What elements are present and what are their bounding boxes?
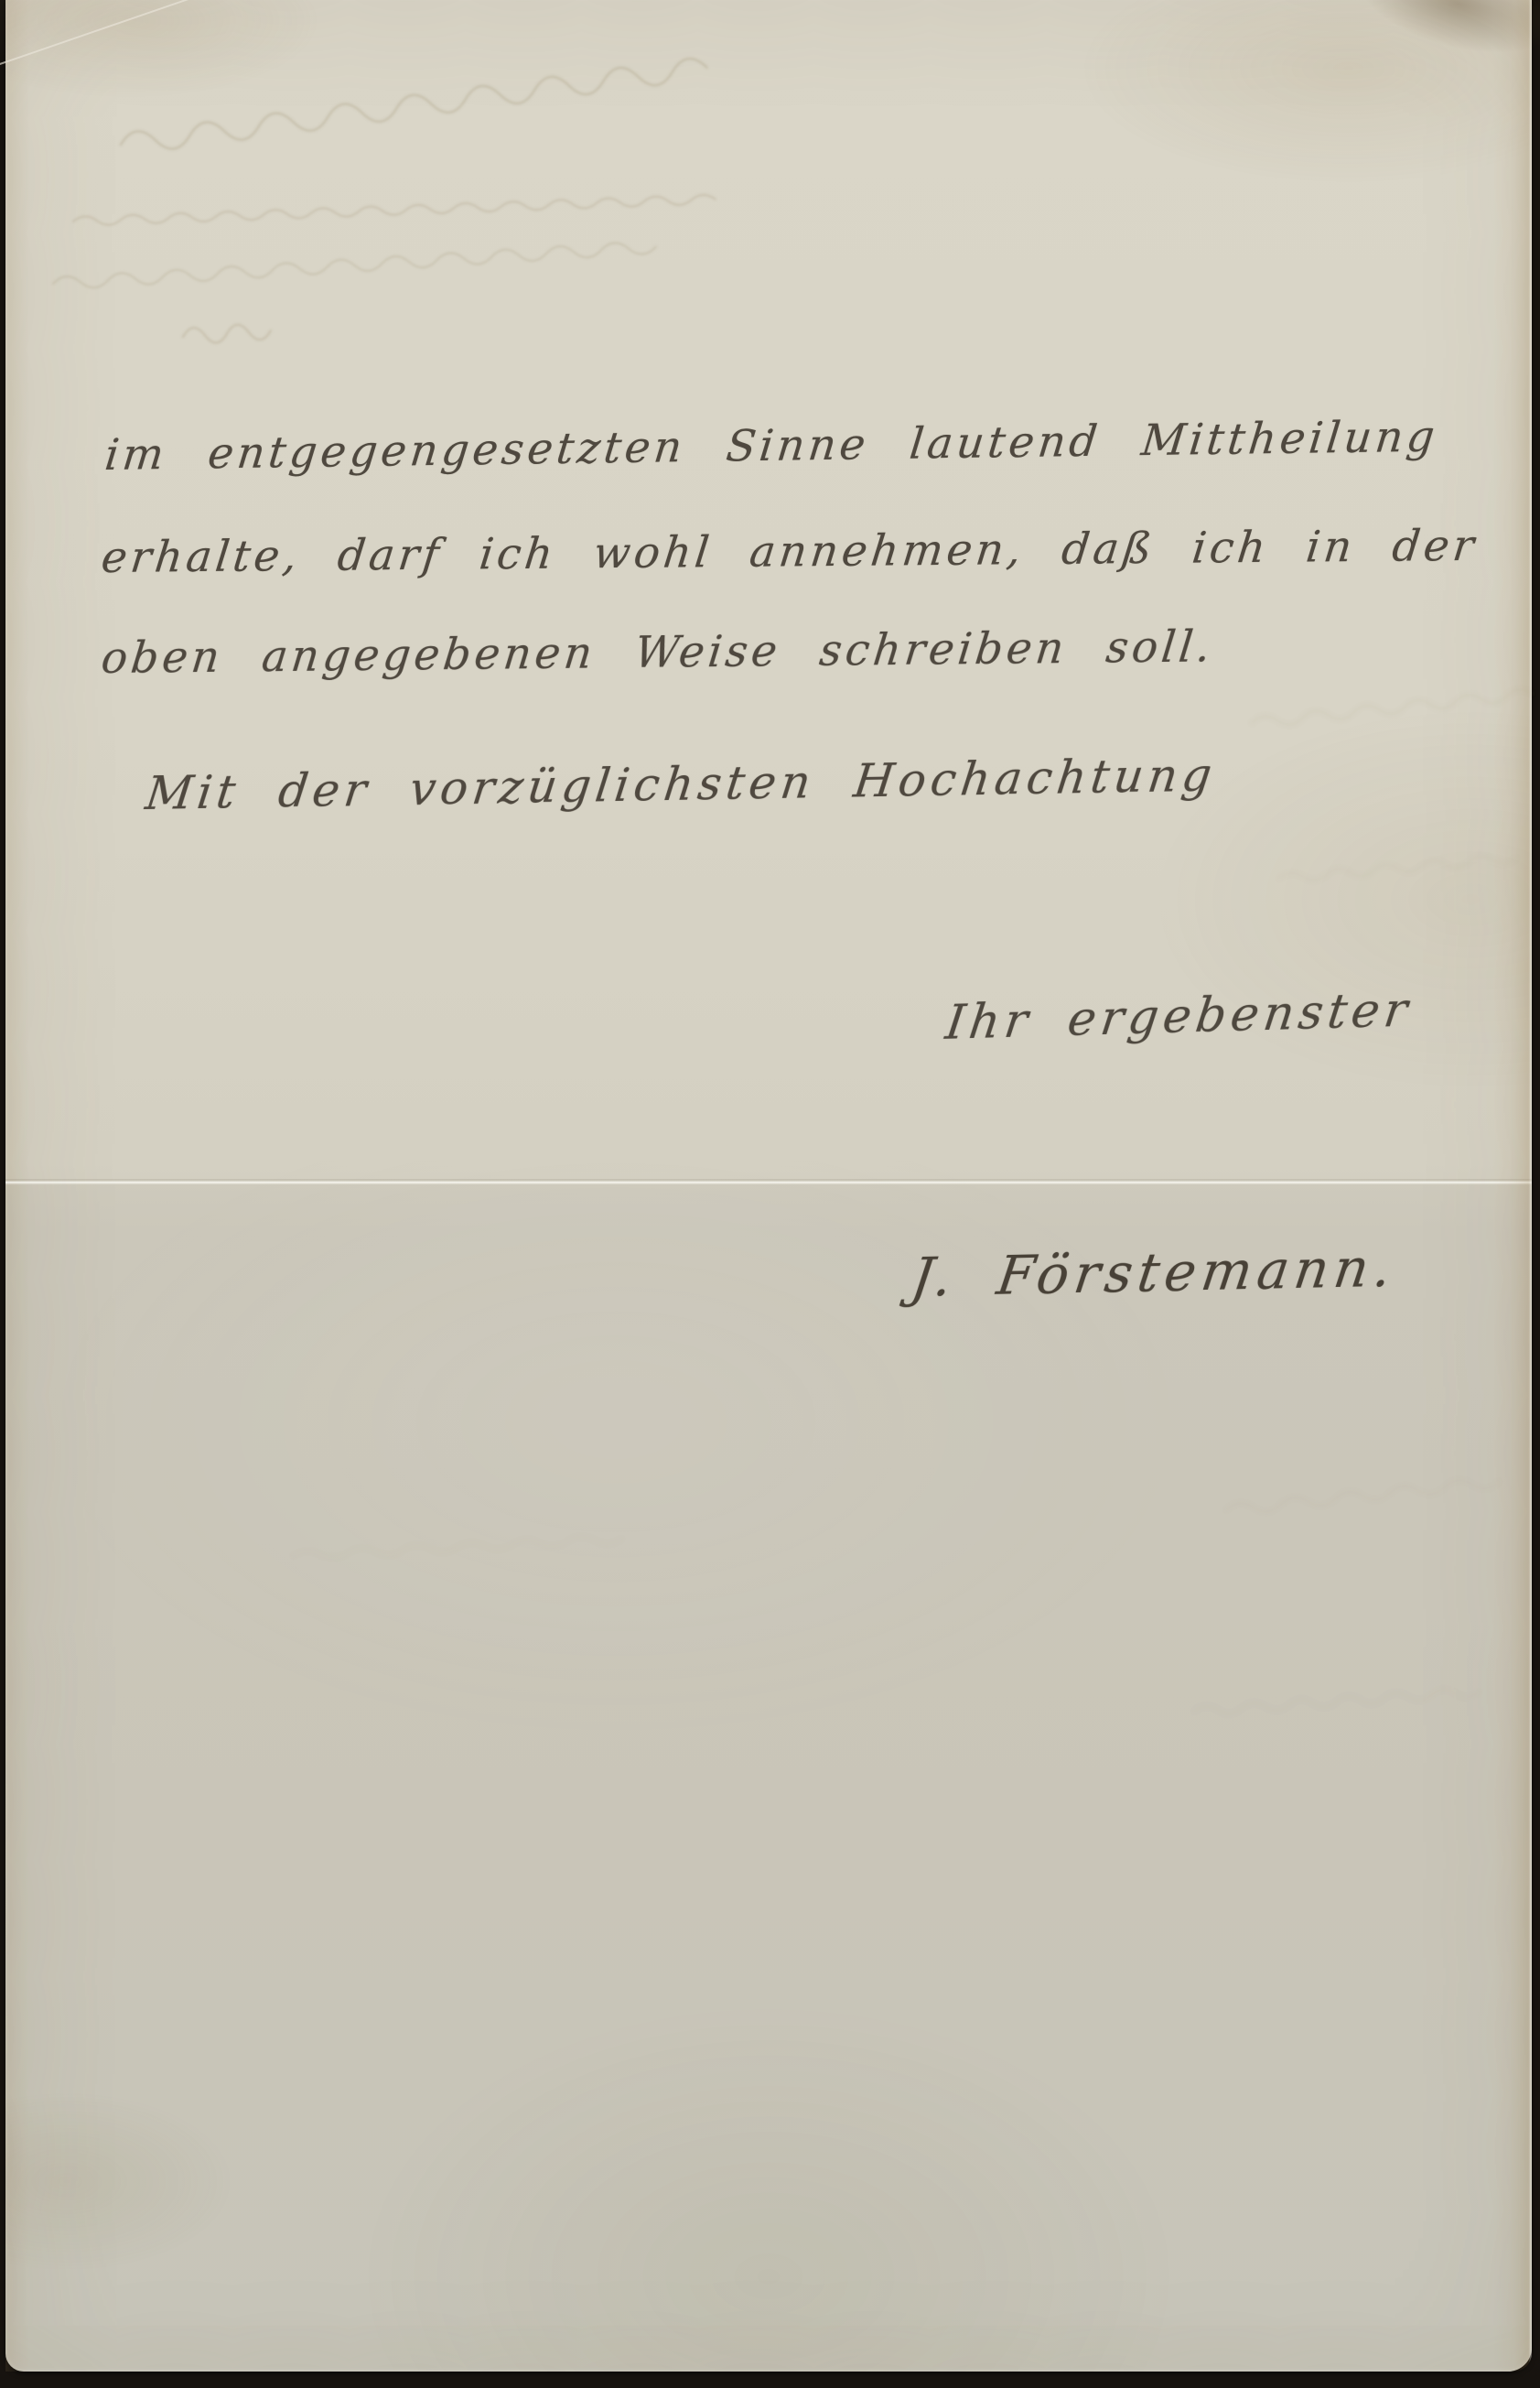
signature: J. Förstemann. (908, 1237, 1401, 1309)
scan-background: im entgegengesetzten Sinne lautend Mitth… (0, 0, 1540, 2388)
lower-half-tone (5, 1185, 1532, 2372)
letter-page (5, 0, 1532, 2372)
fold-crease (5, 1179, 1532, 1185)
